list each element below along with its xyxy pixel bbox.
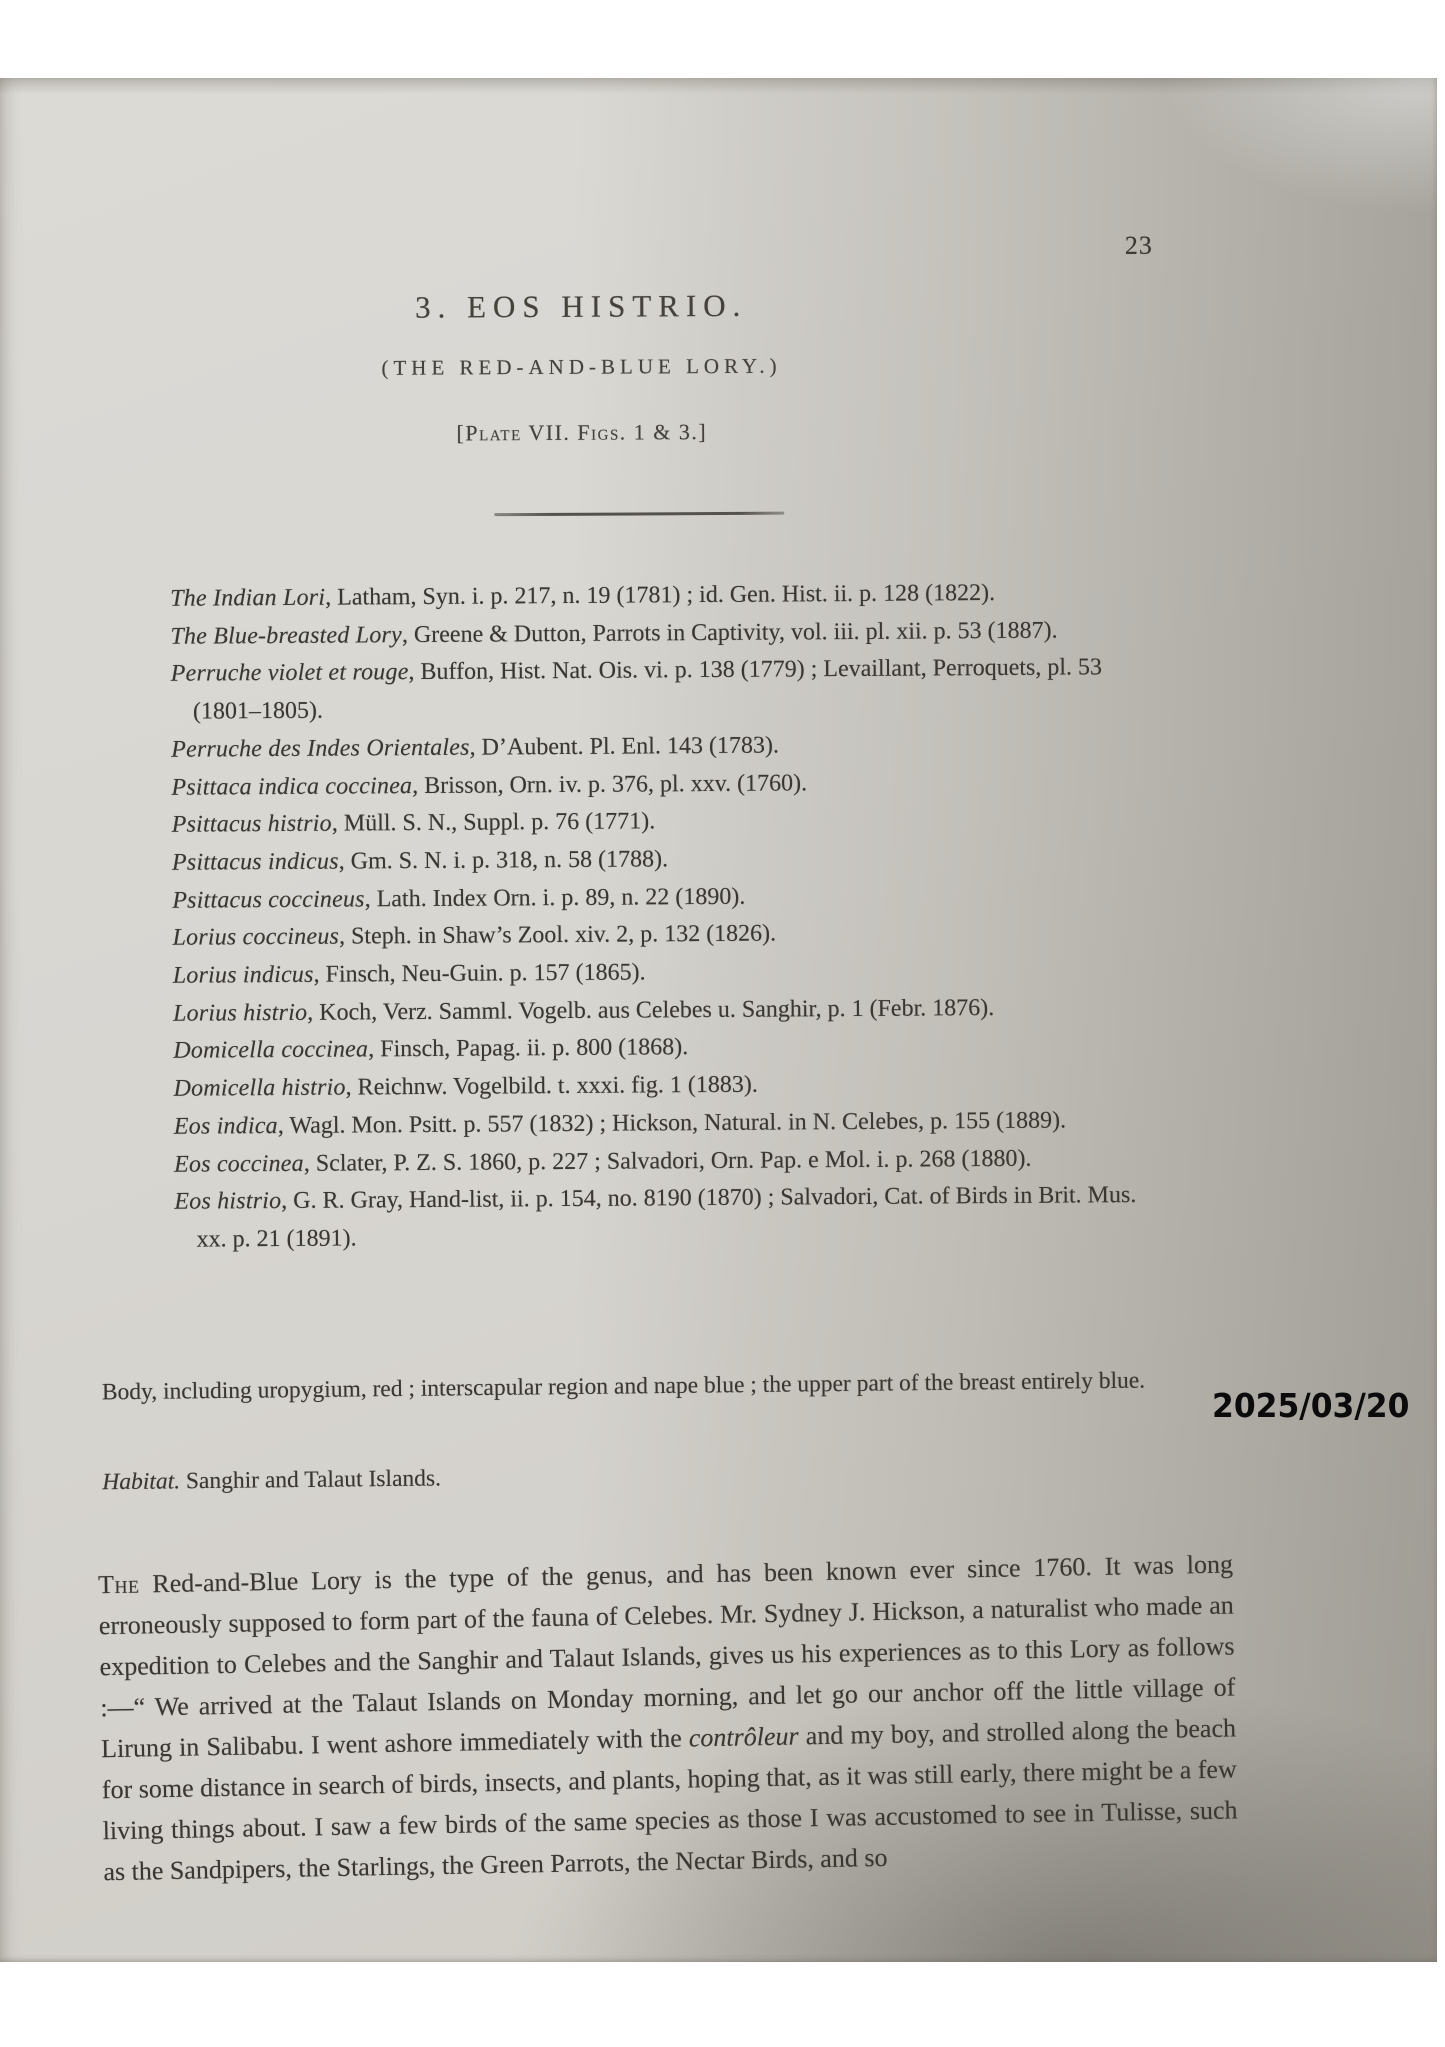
citation-item: Eos histrio, G. R. Gray, Hand-list, ii. … <box>174 1177 1165 1259</box>
italic-term: contrôleur <box>689 1721 799 1752</box>
citation-reference: , Lath. Index Orn. i. p. 89, n. 22 (1890… <box>365 883 746 912</box>
citation-reference: , Wagl. Mon. Psitt. p. 557 (1832) ; Hick… <box>278 1107 1066 1139</box>
citation-species: Eos histrio <box>174 1188 281 1215</box>
species-title: 3. EOS HISTRIO. <box>1 286 1161 328</box>
divider-rule <box>494 512 784 517</box>
citation-item: Eos indica, Wagl. Mon. Psitt. p. 557 (18… <box>174 1102 1164 1147</box>
citation-reference: , Sclater, P. Z. S. 1860, p. 227 ; Salva… <box>304 1145 1032 1176</box>
citation-species: The Indian Lori <box>170 585 325 612</box>
citation-reference: , Latham, Syn. i. p. 217, n. 19 (1781) ;… <box>325 580 995 611</box>
citation-reference: , D’Aubent. Pl. Enl. 143 (1783). <box>470 732 779 760</box>
citation-species: Perruche des Indes Orientales <box>171 734 470 762</box>
synonymy-list: The Indian Lori, Latham, Syn. i. p. 217,… <box>170 574 1165 1260</box>
plumage-description: Body, including uropygium, red ; intersc… <box>124 1361 1199 1411</box>
date-stamp: 2025/03/20 <box>1212 1386 1409 1425</box>
citation-species: The Blue-breasted Lory <box>170 622 402 650</box>
citation-species: Lorius histrio <box>173 1000 307 1027</box>
plate-reference: [Plate VII. Figs. 1 & 3.] <box>2 417 1162 449</box>
citation-species: Domicella histrio <box>173 1075 345 1102</box>
body-paragraph: The Red-and-Blue Lory is the type of the… <box>98 1543 1239 1892</box>
habitat-label: Habitat. <box>102 1468 180 1495</box>
page-number: 23 <box>1125 231 1153 261</box>
citation-species: Domicella coccinea <box>173 1037 368 1064</box>
scan-background: { "page": { "number": "23" }, "heading":… <box>0 0 1445 2047</box>
citation-species: Eos coccinea <box>174 1150 304 1177</box>
citation-reference: , Finsch, Papag. ii. p. 800 (1868). <box>368 1035 688 1063</box>
habitat-text: Sanghir and Talaut Islands. <box>180 1465 441 1494</box>
chapter-heading: 3. EOS HISTRIO. (THE RED-AND-BLUE LORY.)… <box>0 76 1160 82</box>
page-content: 23 3. EOS HISTRIO. (THE RED-AND-BLUE LOR… <box>0 74 1445 1965</box>
citation-item: Perruche violet et rouge, Buffon, Hist. … <box>171 649 1162 731</box>
citation-reference: , Müll. S. N., Suppl. p. 76 (1771). <box>332 809 656 837</box>
citation-reference: , G. R. Gray, Hand-list, ii. p. 154, no.… <box>197 1182 1137 1252</box>
citation-reference: , Greene & Dutton, Parrots in Captivity,… <box>402 617 1058 648</box>
species-common-name: (THE RED-AND-BLUE LORY.) <box>1 352 1161 383</box>
citation-reference: , Steph. in Shaw’s Zool. xiv. 2, p. 132 … <box>339 921 776 950</box>
citation-species: Psittacus histrio <box>172 811 332 838</box>
lead-word: The <box>98 1570 140 1600</box>
citation-reference: , Brisson, Orn. iv. p. 376, pl. xxv. (17… <box>412 770 807 799</box>
citation-reference: , Gm. S. N. i. p. 318, n. 58 (1788). <box>339 846 669 874</box>
citation-species: Psittaca indica coccinea <box>171 773 412 801</box>
citation-reference: , Finsch, Neu-Guin. p. 157 (1865). <box>314 959 646 987</box>
habitat-line: Habitat. Sanghir and Talaut Islands. <box>102 1465 441 1496</box>
citation-species: Lorius indicus <box>173 962 314 989</box>
citation-species: Psittacus coccineus <box>172 886 365 913</box>
citation-species: Perruche violet et rouge <box>171 659 409 687</box>
citation-species: Psittacus indicus <box>172 848 339 875</box>
citation-reference: , Koch, Verz. Samml. Vogelb. aus Celebes… <box>307 995 994 1026</box>
book-page: 23 3. EOS HISTRIO. (THE RED-AND-BLUE LOR… <box>0 78 1437 1962</box>
citation-species: Eos indica <box>174 1113 278 1140</box>
citation-species: Lorius coccineus <box>172 924 339 951</box>
citation-reference: , Reichnw. Vogelbild. t. xxxi. fig. 1 (1… <box>346 1072 758 1101</box>
